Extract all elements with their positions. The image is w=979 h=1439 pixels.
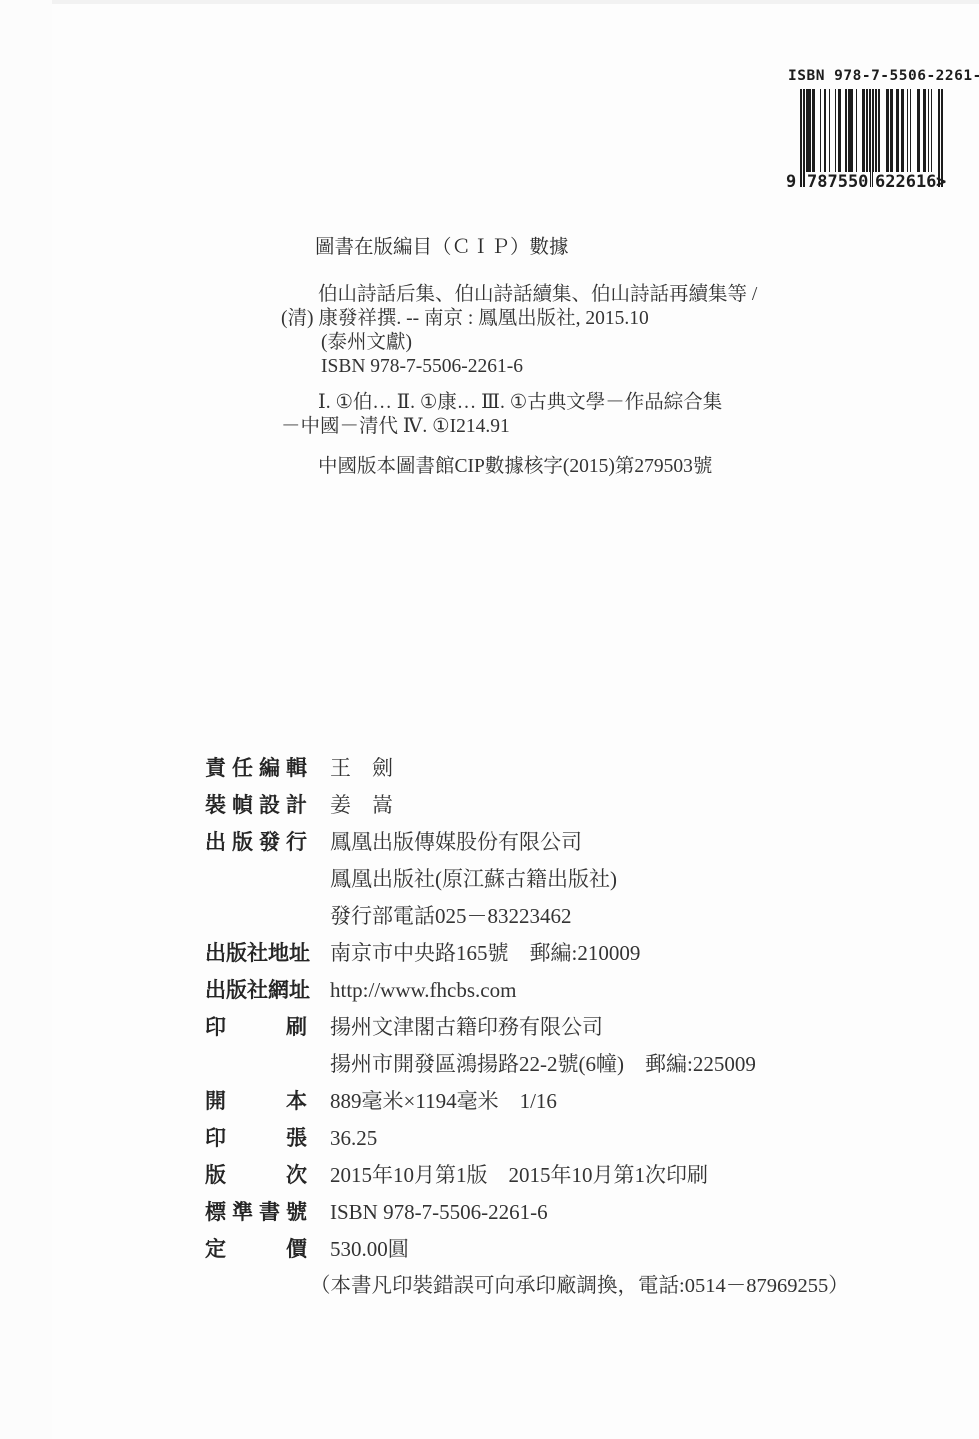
isbn-text: ISBN 978-7-5506-2261-6 <box>788 68 956 84</box>
row-label: 出版發行 <box>205 824 307 861</box>
row-value: ISBN 978-7-5506-2261-6 <box>330 1194 925 1231</box>
cip-index-line-2: －中國－清代 Ⅳ. ①I214.91 <box>281 415 751 439</box>
colophon-row-address: 出版社地址 南京市中央路165號 郵編:210009 <box>205 935 925 972</box>
cip-author-line: (清) 康發祥撰. -- 南京 : 鳳凰出版社, 2015.10 <box>281 307 751 331</box>
row-value: 530.00圓 <box>330 1231 925 1268</box>
colophon-row-isbn: 標準書號 ISBN 978-7-5506-2261-6 <box>205 1194 925 1231</box>
cip-block: 圖書在版編目（ＣＩＰ）數據 伯山詩話后集、伯山詩話續集、伯山詩話再續集等 / (… <box>281 236 751 479</box>
row-label: 印張 <box>205 1120 307 1157</box>
row-value: 揚州文津閣古籍印務有限公司 <box>330 1009 925 1046</box>
row-value: 36.25 <box>330 1120 925 1157</box>
row-label: 印刷 <box>205 1009 307 1046</box>
scan-artifact-top <box>0 0 979 4</box>
row-value: 王 劍 <box>330 750 925 787</box>
cip-title-line: 伯山詩話后集、伯山詩話續集、伯山詩話再續集等 / <box>318 283 751 307</box>
colophon-row-format: 開本 889毫米×1194毫米 1/16 <box>205 1083 925 1120</box>
row-value: 2015年10月第1版 2015年10月第1次印刷 <box>330 1157 925 1194</box>
colophon-row-website: 出版社網址 http://www.fhcbs.com <box>205 972 925 1009</box>
cip-record-number: 中國版本圖書館CIP數據核字(2015)第279503號 <box>318 455 751 479</box>
row-label: 責任編輯 <box>205 750 307 787</box>
colophon-row-printer: 印刷 揚州文津閣古籍印務有限公司 揚州市開發區鴻揚路22-2號(6幢) 郵編:2… <box>205 1009 925 1083</box>
reprint-exchange-note: （本書凡印裝錯誤可向承印廠調換，電話:0514－87969255） <box>310 1268 849 1305</box>
row-value: 南京市中央路165號 郵編:210009 <box>330 935 925 972</box>
barcode-digits: 9 787550 622616 > <box>800 172 943 194</box>
colophon: 責任編輯 王 劍 裝幀設計 姜 嵩 出版發行 鳳凰出版傳媒股份有限公司 鳳凰出版… <box>205 750 925 1268</box>
colophon-row-edition: 版次 2015年10月第1版 2015年10月第1次印刷 <box>205 1157 925 1194</box>
cip-isbn-line: ISBN 978-7-5506-2261-6 <box>321 355 751 379</box>
row-label: 開本 <box>205 1083 307 1120</box>
row-label: 標準書號 <box>205 1194 307 1231</box>
colophon-row-designer: 裝幀設計 姜 嵩 <box>205 787 925 824</box>
colophon-row-publisher: 出版發行 鳳凰出版傳媒股份有限公司 鳳凰出版社(原江蘇古籍出版社) 發行部電話0… <box>205 824 925 935</box>
row-value: 鳳凰出版傳媒股份有限公司 <box>330 824 925 861</box>
row-label: 版次 <box>205 1157 307 1194</box>
row-value: 鳳凰出版社(原江蘇古籍出版社) <box>330 861 925 898</box>
barcode-digit-group1: 787550 <box>805 172 870 192</box>
row-label: 出版社網址 <box>205 972 307 1009</box>
colophon-row-sheets: 印張 36.25 <box>205 1120 925 1157</box>
barcode-quiet-zone-mark: > <box>936 172 946 192</box>
book-copyright-page: ISBN 978-7-5506-2261-6 9 787550 622616 >… <box>0 0 979 1439</box>
row-label: 定價 <box>205 1231 307 1268</box>
scan-artifact-left <box>0 0 52 1439</box>
row-value: http://www.fhcbs.com <box>330 972 925 1009</box>
cip-series-line: (泰州文獻) <box>321 331 751 355</box>
cip-index-line-1: Ⅰ. ①伯… Ⅱ. ①康… Ⅲ. ①古典文學－作品綜合集 <box>318 391 751 415</box>
barcode-digit-first: 9 <box>786 172 796 192</box>
row-value: 揚州市開發區鴻揚路22-2號(6幢) 郵編:225009 <box>330 1046 925 1083</box>
isbn-barcode: ISBN 978-7-5506-2261-6 9 787550 622616 > <box>800 68 943 198</box>
row-label: 裝幀設計 <box>205 787 307 824</box>
cip-heading: 圖書在版編目（ＣＩＰ）數據 <box>315 236 751 260</box>
colophon-row-price: 定價 530.00圓 <box>205 1231 925 1268</box>
colophon-row-editor: 責任編輯 王 劍 <box>205 750 925 787</box>
barcode-digit-group2: 622616 <box>873 172 938 192</box>
row-value: 姜 嵩 <box>330 787 925 824</box>
row-value: 889毫米×1194毫米 1/16 <box>330 1083 925 1120</box>
row-label: 出版社地址 <box>205 935 307 972</box>
row-value: 發行部電話025－83223462 <box>330 898 925 935</box>
